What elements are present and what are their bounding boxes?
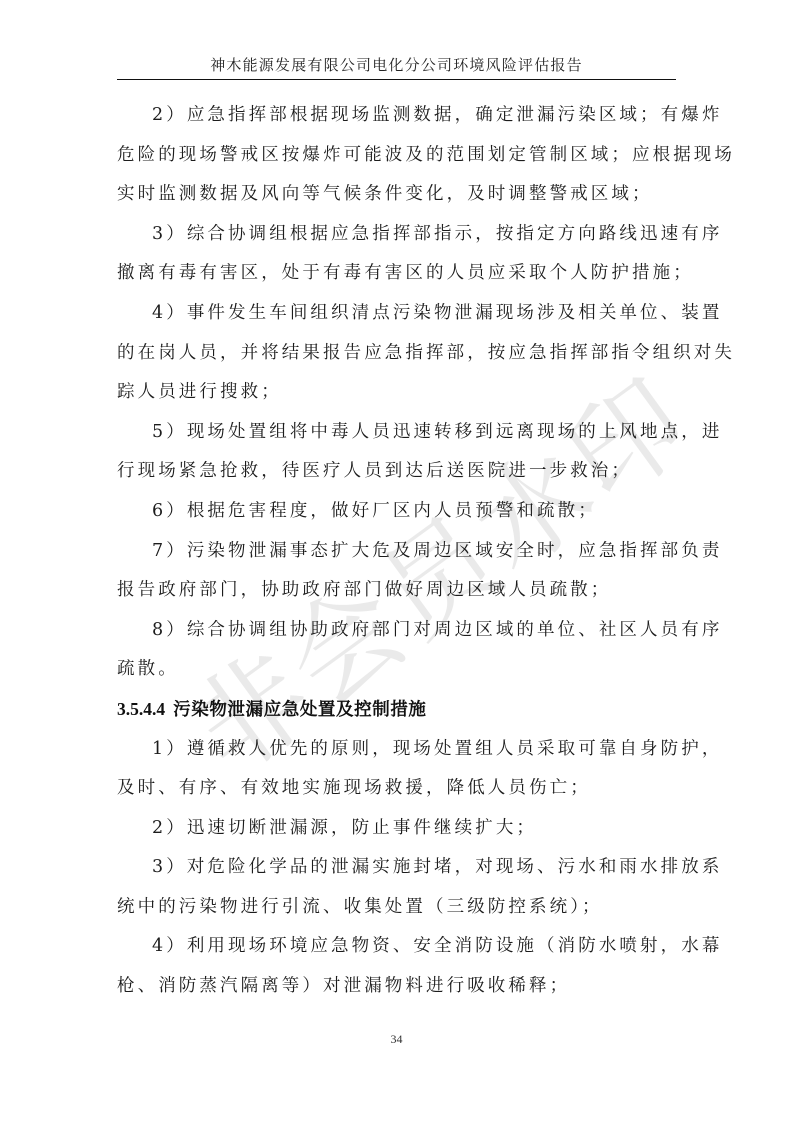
paragraph-line: 危险的现场警戒区按爆炸可能波及的范围划定管制区域；应根据现场 xyxy=(117,136,673,176)
paragraph-line: 2）应急指挥部根据现场监测数据，确定泄漏污染区域；有爆炸 xyxy=(117,96,673,136)
paragraph-line: 5）现场处置组将中毒人员迅速转移到远离现场的上风地点，进 xyxy=(117,413,673,453)
paragraph-line: 8）综合协调组协助政府部门对周边区域的单位、社区人员有序 xyxy=(117,611,673,651)
paragraph-line: 行现场紧急抢救，待医疗人员到达后送医院进一步救治； xyxy=(117,452,673,492)
section-number: 3.5.4.4 xyxy=(117,699,165,719)
paragraph-line: 2）迅速切断泄漏源，防止事件继续扩大； xyxy=(117,809,673,849)
header-divider xyxy=(117,79,676,80)
paragraph-line: 实时监测数据及风向等气候条件变化，及时调整警戒区域； xyxy=(117,175,673,215)
section-title: 污染物泄漏应急处置及控制措施 xyxy=(173,700,426,720)
paragraph-line: 3）综合协调组根据应急指挥部指示，按指定方向路线迅速有序 xyxy=(117,215,673,255)
paragraph-line: 撤离有毒有害区，处于有毒有害区的人员应采取个人防护措施； xyxy=(117,254,673,294)
paragraph-line: 3）对危险化学品的泄漏实施封堵，对现场、污水和雨水排放系 xyxy=(117,848,673,888)
paragraph-line: 报告政府部门，协助政府部门做好周边区域人员疏散； xyxy=(117,571,673,611)
document-page: 非会员水印 神木能源发展有限公司电化分公司环境风险评估报告 2）应急指挥部根据现… xyxy=(0,0,793,1122)
document-body: 2）应急指挥部根据现场监测数据，确定泄漏污染区域；有爆炸 危险的现场警戒区按爆炸… xyxy=(117,96,673,1007)
paragraph-line: 4）事件发生车间组织清点污染物泄漏现场涉及相关单位、装置 xyxy=(117,294,673,334)
paragraph-line: 4）利用现场环境应急物资、安全消防设施（消防水喷射，水幕 xyxy=(117,927,673,967)
running-header: 神木能源发展有限公司电化分公司环境风险评估报告 xyxy=(117,55,676,75)
paragraph-line: 及时、有序、有效地实施现场救援，降低人员伤亡； xyxy=(117,769,673,809)
paragraph-line: 7）污染物泄漏事态扩大危及周边区域安全时，应急指挥部负责 xyxy=(117,532,673,572)
paragraph-line: 疏散。 xyxy=(117,650,673,690)
section-heading: 3.5.4.4污染物泄漏应急处置及控制措施 xyxy=(117,690,673,730)
paragraph-line: 踪人员进行搜救； xyxy=(117,373,673,413)
paragraph-line: 枪、消防蒸汽隔离等）对泄漏物料进行吸收稀释； xyxy=(117,967,673,1007)
paragraph-line: 1）遵循救人优先的原则，现场处置组人员采取可靠自身防护， xyxy=(117,730,673,770)
paragraph-line: 统中的污染物进行引流、收集处置（三级防控系统）； xyxy=(117,888,673,928)
paragraph-line: 6）根据危害程度，做好厂区内人员预警和疏散； xyxy=(117,492,673,532)
page-number: 34 xyxy=(0,1032,793,1047)
paragraph-line: 的在岗人员，并将结果报告应急指挥部，按应急指挥部指令组织对失 xyxy=(117,334,673,374)
